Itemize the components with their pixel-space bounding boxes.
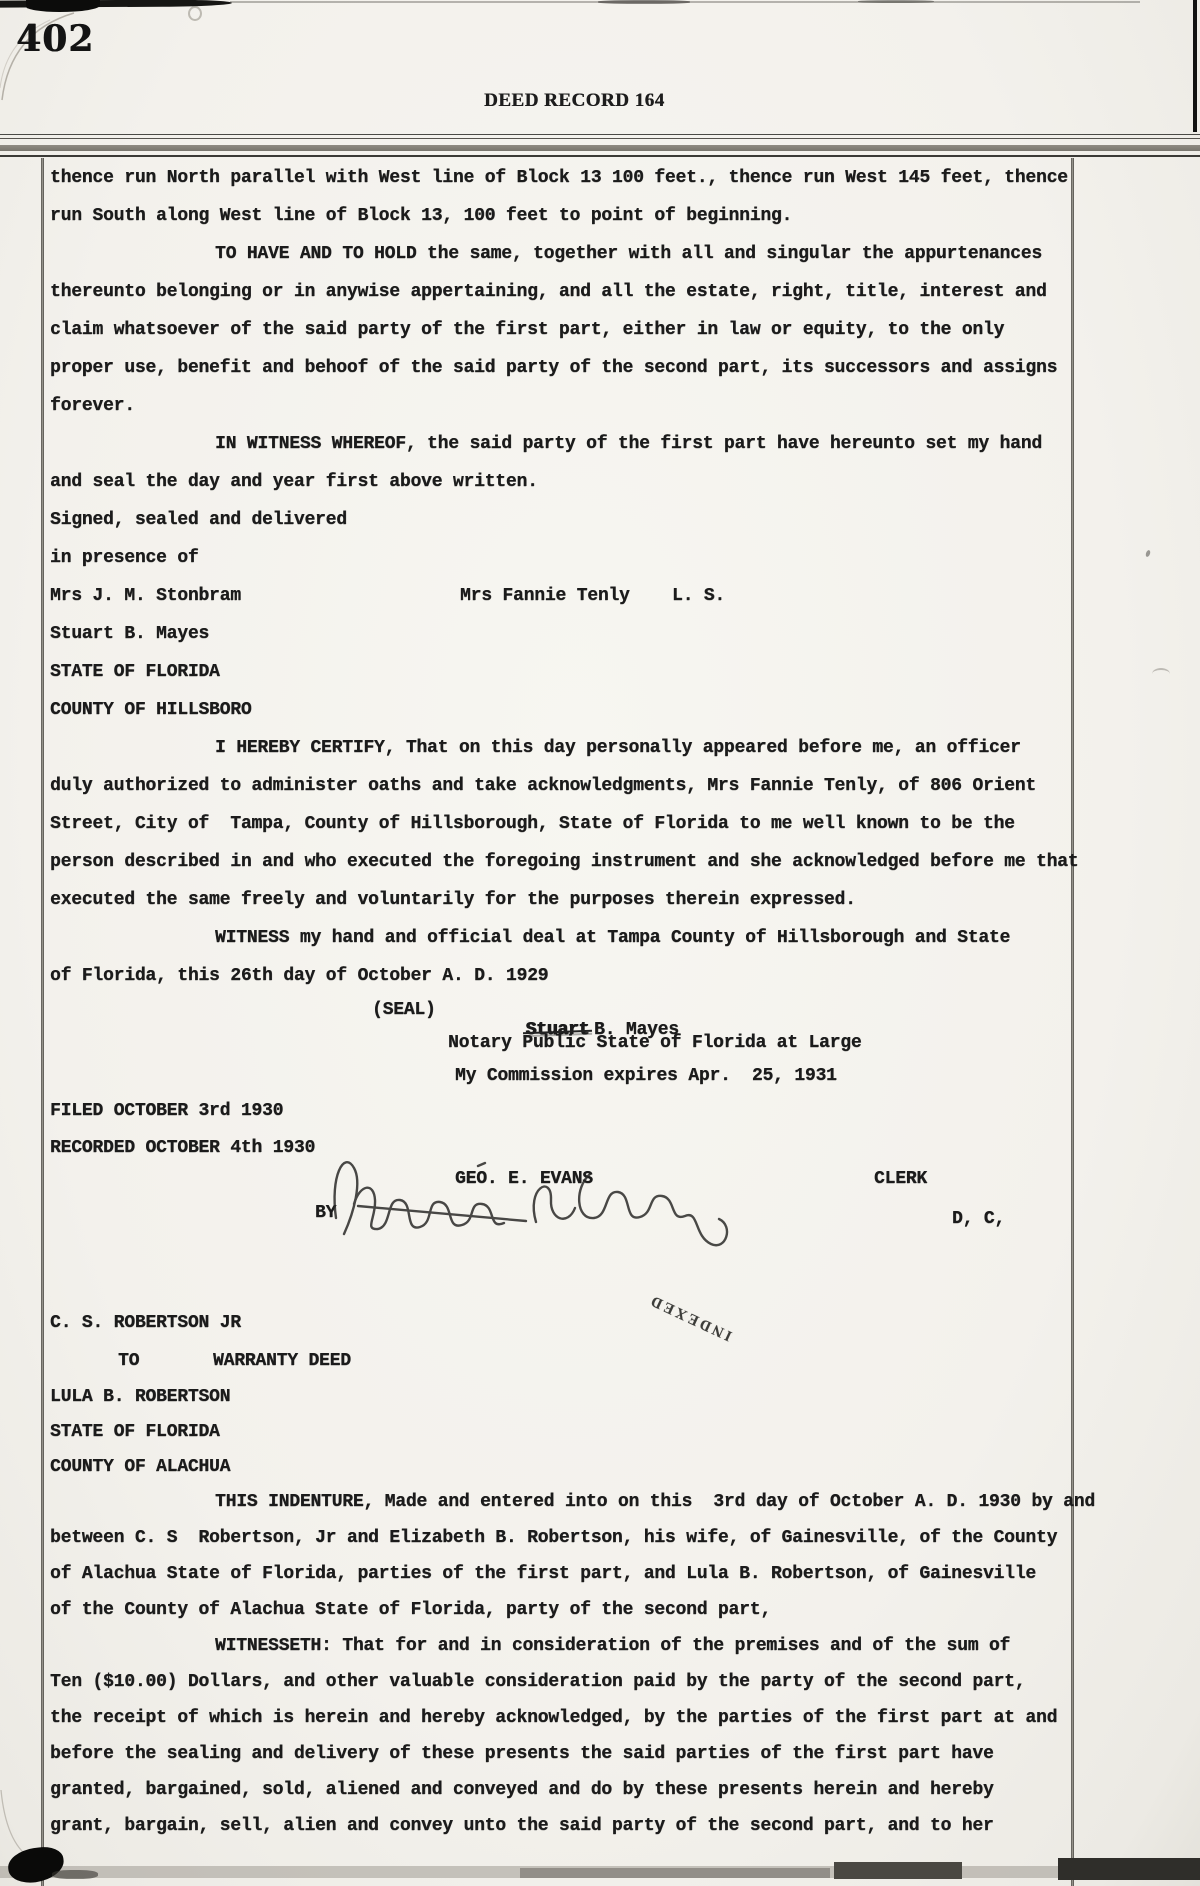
county-caption: COUNTY OF ALACHUA (50, 1456, 230, 1478)
acknowledgment-line: of Florida, this 26th day of October A. … (50, 965, 548, 987)
acknowledgment-line: I HEREBY CERTIFY, That on this day perso… (215, 737, 1021, 759)
acknowledgment-line: Street, City of Tampa, County of Hillsbo… (50, 813, 1015, 835)
notary-signature-line: StuartB. Mayes (483, 997, 679, 1063)
commission-expiry: My Commission expires Apr. 25, 1931 (455, 1065, 837, 1087)
deed-body-line: Ten ($10.00) Dollars, and other valuable… (50, 1671, 1025, 1693)
deed-body-line: IN WITNESS WHEREOF, the said party of th… (215, 433, 1042, 455)
deed-body-line: and seal the day and year first above wr… (50, 471, 538, 493)
instrument-type: WARRANTY DEED (213, 1350, 351, 1372)
attestation-line: in presence of (50, 547, 198, 569)
deputy-clerk-abbrev: D, C, (952, 1208, 1005, 1230)
acknowledgment-line: WITNESS my hand and official deal at Tam… (215, 927, 1010, 949)
county-caption: COUNTY OF HILLSBORO (50, 699, 251, 721)
deed-body-line: thence run North parallel with West line… (50, 167, 1068, 189)
deed-body-line: proper use, benefit and behoof of the sa… (50, 357, 1057, 379)
deed-body-line: before the sealing and delivery of these… (50, 1743, 994, 1765)
deed-body-line: forever. (50, 395, 135, 417)
acknowledgment-line: person described in and who executed the… (50, 851, 1078, 873)
grantor-name: Mrs Fannie Tenly (460, 585, 630, 607)
filed-date: FILED OCTOBER 3rd 1930 (50, 1100, 283, 1122)
scanned-deed-page: 402 DEED RECORD 164 thence run North par… (0, 0, 1200, 1886)
witness-name: Stuart B. Mayes (50, 623, 209, 645)
state-caption: STATE OF FLORIDA (50, 661, 220, 683)
deed-body-line: granted, bargained, sold, aliened and co… (50, 1779, 994, 1801)
deed-body-line: thereunto belonging or in anywise appert… (50, 281, 1047, 303)
notary-name: B. Mayes (594, 1020, 679, 1040)
seal-label: (SEAL) (372, 999, 436, 1021)
deed-body-line: grant, bargain, sell, alien and convey u… (50, 1815, 994, 1837)
deed-body-line: claim whatsoever of the said party of th… (50, 319, 1004, 341)
grantor-name: C. S. ROBERTSON JR (50, 1312, 241, 1334)
acknowledgment-line: duly authorized to administer oaths and … (50, 775, 1036, 797)
acknowledgment-line: executed the same freely and voluntarily… (50, 889, 856, 911)
deed-body-line: of Alachua State of Florida, parties of … (50, 1563, 1036, 1585)
state-caption: STATE OF FLORIDA (50, 1421, 220, 1443)
deed-body-line: WITNESSETH: That for and in consideratio… (215, 1635, 1010, 1657)
seal-abbrev: L. S. (672, 585, 725, 607)
deed-body-line: the receipt of which is herein and hereb… (50, 1707, 1057, 1729)
deed-body-line: THIS INDENTURE, Made and entered into on… (215, 1491, 1095, 1513)
deed-body-line: TO HAVE AND TO HOLD the same, together w… (215, 243, 1042, 265)
recorded-date: RECORDED OCTOBER 4th 1930 (50, 1137, 315, 1159)
struck-text: Stuart (525, 1019, 589, 1041)
grantee-name: LULA B. ROBERTSON (50, 1386, 230, 1408)
to-label: TO (118, 1350, 139, 1372)
deed-body-line: of the County of Alachua State of Florid… (50, 1599, 771, 1621)
typed-text-layer: thence run North parallel with West line… (0, 0, 1200, 1886)
witness-name: Mrs J. M. Stonbram (50, 585, 241, 607)
attestation-line: Signed, sealed and delivered (50, 509, 347, 531)
clerk-title: CLERK (874, 1168, 927, 1190)
clerk-signature (328, 1146, 788, 1266)
deed-body-line: run South along West line of Block 13, 1… (50, 205, 792, 227)
deed-body-line: between C. S Robertson, Jr and Elizabeth… (50, 1527, 1057, 1549)
